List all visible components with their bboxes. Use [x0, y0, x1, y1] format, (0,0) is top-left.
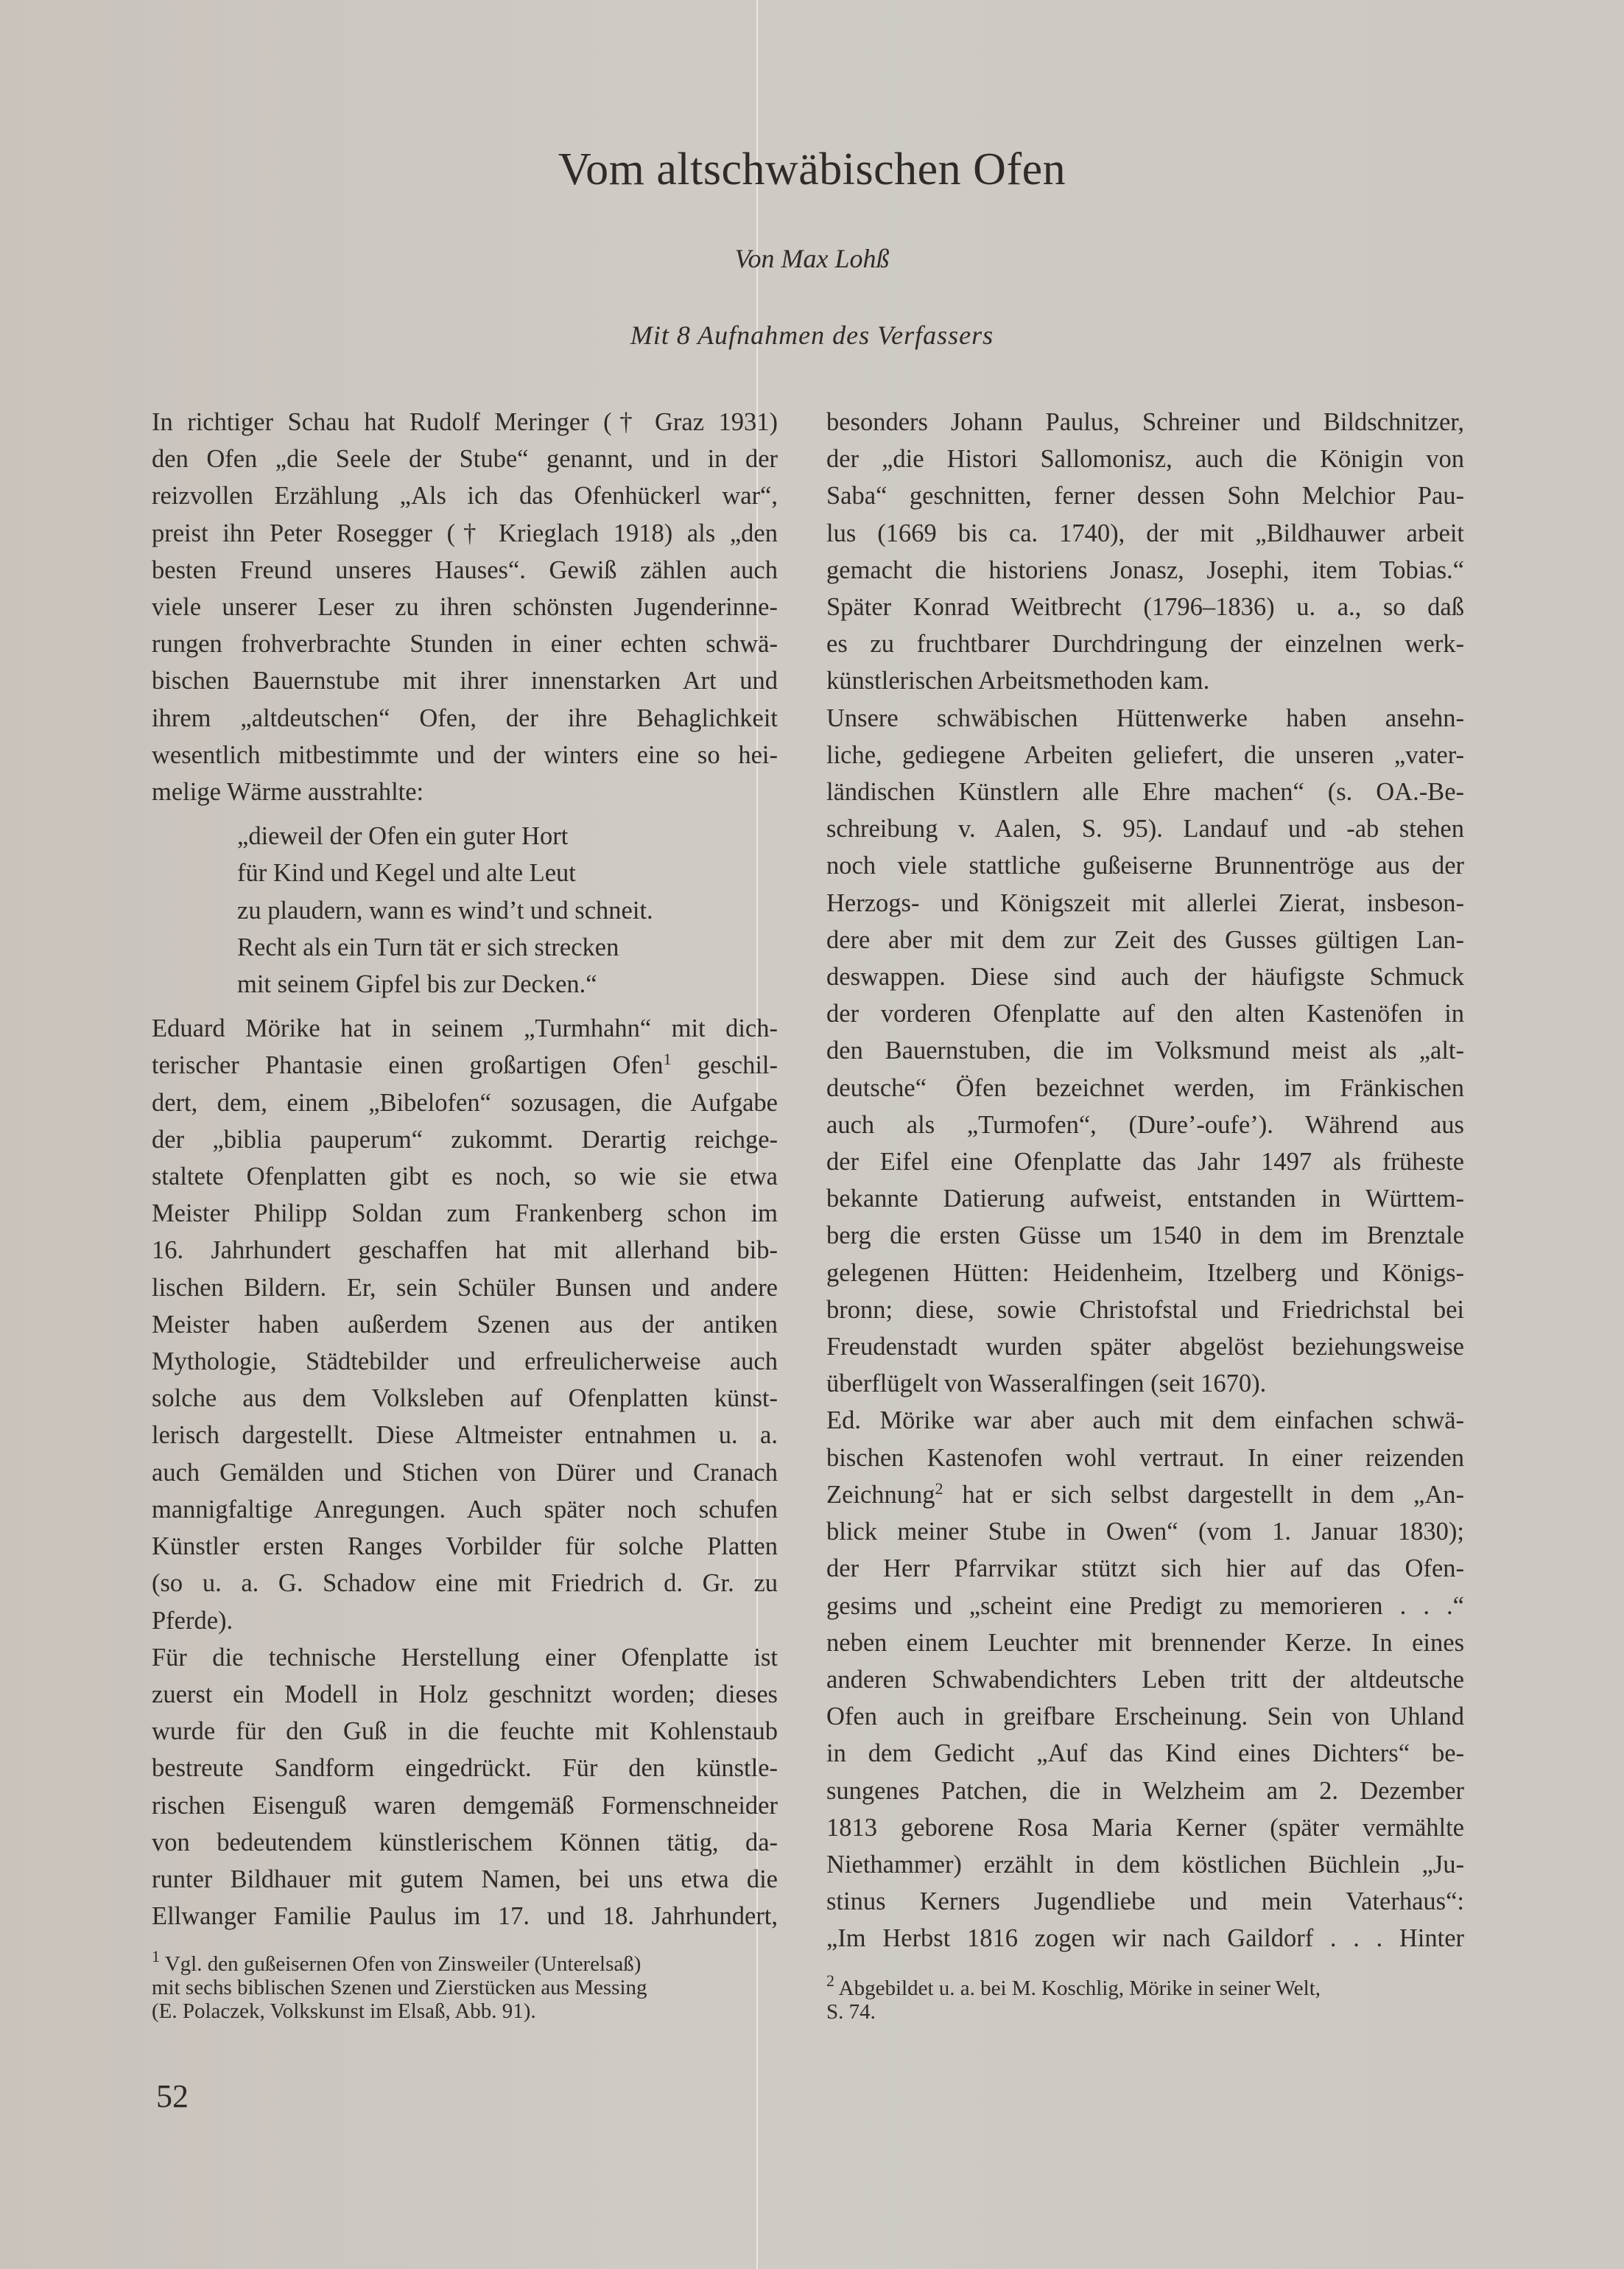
- text-line: besten Freund unseres Hauses“. Gewiß zäh…: [152, 552, 778, 589]
- text-line: Später Konrad Weitbrecht (1796–1836) u. …: [826, 589, 1464, 625]
- text-line: viele unserer Leser zu ihren schönsten J…: [152, 589, 778, 625]
- text-line: dert, dem, einem „Bibelofen“ sozusagen, …: [152, 1084, 778, 1121]
- verse-line: Recht als ein Turn tät er sich strecken: [152, 929, 778, 966]
- text-line: 16. Jahrhundert geschaffen hat mit aller…: [152, 1232, 778, 1269]
- text-line: lerisch dargestellt. Diese Altmeister en…: [152, 1417, 778, 1453]
- text-line: stinus Kerners Jugendliebe und mein Vate…: [826, 1883, 1464, 1920]
- verse-line: „dieweil der Ofen ein guter Hort: [152, 818, 778, 855]
- text-line: bischen Kastenofen wohl vertraut. In ein…: [826, 1439, 1464, 1476]
- footnote-1: 1 Vgl. den gußeisernen Ofen von Zinsweil…: [152, 1952, 778, 2023]
- text-segment: Vgl. den gußeisernen Ofen von Zinsweiler…: [165, 1952, 641, 1976]
- text-line: der Herr Pfarrvikar stützt sich hier auf…: [826, 1550, 1464, 1587]
- text-line: gelegenen Hütten: Heidenheim, Itzelberg …: [826, 1255, 1464, 1291]
- text-line: Ofen auch in greifbare Erscheinung. Sein…: [826, 1698, 1464, 1735]
- footnote-marker: 1: [152, 1947, 160, 1965]
- text-line: (so u. a. G. Schadow eine mit Friedrich …: [152, 1565, 778, 1602]
- text-line: zuerst ein Modell in Holz geschnitzt wor…: [152, 1676, 778, 1713]
- text-line: Freudenstadt wurden später abgelöst bezi…: [826, 1328, 1464, 1365]
- text-line: Niethammer) erzählt in dem köstlichen Bü…: [826, 1846, 1464, 1883]
- text-line: Künstler ersten Ranges Vorbilder für sol…: [152, 1528, 778, 1565]
- text-line: In richtiger Schau hat Rudolf Meringer (…: [152, 404, 778, 441]
- text-line: berg die ersten Güsse um 1540 in dem im …: [826, 1217, 1464, 1254]
- text-segment: Zeichnung: [826, 1481, 935, 1509]
- text-line: Ed. Mörike war aber auch mit dem einfach…: [826, 1402, 1464, 1439]
- footnote-2: 2 Abgebildet u. a. bei M. Koschlig, Möri…: [826, 1977, 1464, 2024]
- text-line: Unsere schwäbischen Hüttenwerke haben an…: [826, 700, 1464, 737]
- footnote-line: 1 Vgl. den gußeisernen Ofen von Zinsweil…: [152, 1952, 778, 1976]
- article-title: Vom altschwäbischen Ofen: [0, 144, 1624, 196]
- text-line: auch Gemälden und Stichen von Dürer und …: [152, 1454, 778, 1491]
- footnote-marker: 2: [826, 1971, 834, 1990]
- text-line: ihrem „altdeutschen“ Ofen, der ihre Beha…: [152, 700, 778, 737]
- text-line: blick meiner Stube in Owen“ (vom 1. Janu…: [826, 1513, 1464, 1550]
- text-line: Eduard Mörike hat in seinem „Turmhahn“ m…: [152, 1010, 778, 1047]
- text-line: überflügelt von Wasseralfingen (seit 167…: [826, 1365, 1464, 1402]
- text-line: runter Bildhauer mit gutem Namen, bei un…: [152, 1861, 778, 1898]
- verse-line: für Kind und Kegel und alte Leut: [152, 855, 778, 891]
- text-line: wesentlich mitbestimmte und der winters …: [152, 737, 778, 774]
- text-line: „Im Herbst 1816 zogen wir nach Gaildorf …: [826, 1920, 1464, 1957]
- text-line: Zeichnung2 hat er sich selbst dargestell…: [826, 1476, 1464, 1513]
- text-line: bronn; diese, sowie Christofstal und Fri…: [826, 1291, 1464, 1328]
- text-line: dere aber mit dem zur Zeit des Gusses gü…: [826, 922, 1464, 958]
- text-line: anderen Schwabendichters Leben tritt der…: [826, 1661, 1464, 1698]
- text-line: lischen Bildern. Er, sein Schüler Bunsen…: [152, 1269, 778, 1306]
- paragraph: besonders Johann Paulus, Schreiner und B…: [826, 404, 1464, 700]
- text-line: auch als „Turmofen“, (Dure’-oufe’). Währ…: [826, 1107, 1464, 1143]
- text-line: Herzogs- und Königszeit mit allerlei Zie…: [826, 885, 1464, 922]
- text-line: solche aus dem Volksleben auf Ofenplatte…: [152, 1380, 778, 1417]
- text-line: Meister Philipp Soldan zum Frankenberg s…: [152, 1195, 778, 1232]
- text-line: wurde für den Guß in die feuchte mit Koh…: [152, 1713, 778, 1750]
- text-line: Meister haben außerdem Szenen aus der an…: [152, 1306, 778, 1343]
- left-column: In richtiger Schau hat Rudolf Meringer (…: [152, 404, 778, 1935]
- text-line: bischen Bauernstube mit ihrer innenstark…: [152, 662, 778, 699]
- text-segment: geschil-: [697, 1051, 778, 1079]
- text-line: liche, gediegene Arbeiten geliefert, die…: [826, 737, 1464, 774]
- verse-line: zu plaudern, wann es wind’t und schneit.: [152, 892, 778, 929]
- text-line: Ellwanger Familie Paulus im 17. und 18. …: [152, 1898, 778, 1935]
- footnote-line: 2 Abgebildet u. a. bei M. Koschlig, Möri…: [826, 1977, 1464, 2000]
- text-line: ländischen Künstlern alle Ehre machen“ (…: [826, 774, 1464, 810]
- photo-credit: Mit 8 Aufnahmen des Verfassers: [0, 320, 1624, 351]
- text-line: den Bauernstuben, die im Volksmund meist…: [826, 1032, 1464, 1069]
- footnote-line: (E. Polaczek, Volkskunst im Elsaß, Abb. …: [152, 1999, 778, 2023]
- text-line: der vorderen Ofenplatte auf den alten Ka…: [826, 995, 1464, 1032]
- text-line: melige Wärme ausstrahlte:: [152, 774, 778, 810]
- paragraph: Eduard Mörike hat in seinem „Turmhahn“ m…: [152, 1010, 778, 1638]
- text-line: besonders Johann Paulus, Schreiner und B…: [826, 404, 1464, 441]
- text-line: gemacht die historiens Jonasz, Josephi, …: [826, 552, 1464, 589]
- text-line: der „biblia pauperum“ zukommt. Derartig …: [152, 1121, 778, 1158]
- footnote-line: mit sechs biblischen Szenen und Zierstüc…: [152, 1976, 778, 1999]
- footnote-line: S. 74.: [826, 2000, 1464, 2024]
- text-line: von bedeutendem künstlerischem Können tä…: [152, 1824, 778, 1861]
- text-line: rungen frohverbrachte Stunden in einer e…: [152, 625, 778, 662]
- text-line: preist ihn Peter Rosegger († Krieglach 1…: [152, 515, 778, 552]
- text-line: noch viele stattliche gußeiserne Brunnen…: [826, 847, 1464, 884]
- text-line: sungenes Patchen, die in Welzheim am 2. …: [826, 1772, 1464, 1809]
- text-line: bestreute Sandform eingedrückt. Für den …: [152, 1750, 778, 1786]
- paragraph: Für die technische Herstellung einer Ofe…: [152, 1639, 778, 1935]
- text-segment: terischer Phantasie einen großartigen Of…: [152, 1051, 664, 1079]
- paragraph: Unsere schwäbischen Hüttenwerke haben an…: [826, 700, 1464, 1403]
- text-line: Saba“ geschnitten, ferner dessen Sohn Me…: [826, 477, 1464, 514]
- text-line: reizvollen Erzählung „Als ich das Ofenhü…: [152, 477, 778, 514]
- author-byline: Von Max Lohß: [0, 243, 1624, 274]
- text-line: bekannte Datierung aufweist, entstanden …: [826, 1180, 1464, 1217]
- text-line: den Ofen „die Seele der Stube“ genannt, …: [152, 441, 778, 477]
- right-column: besonders Johann Paulus, Schreiner und B…: [826, 404, 1464, 1957]
- verse-line: mit seinem Gipfel bis zur Decken.“: [152, 966, 778, 1003]
- text-line: mannigfaltige Anregungen. Auch später no…: [152, 1491, 778, 1528]
- footnote-ref-2[interactable]: 2: [935, 1479, 943, 1498]
- paragraph: Ed. Mörike war aber auch mit dem einfach…: [826, 1402, 1464, 1957]
- paragraph: In richtiger Schau hat Rudolf Meringer (…: [152, 404, 778, 810]
- text-line: Pferde).: [152, 1602, 778, 1639]
- text-line: gesims und „scheint eine Predigt zu memo…: [826, 1588, 1464, 1624]
- text-line: der Eifel eine Ofenplatte das Jahr 1497 …: [826, 1143, 1464, 1180]
- text-line: schreibung v. Aalen, S. 95). Landauf und…: [826, 810, 1464, 847]
- text-line: staltete Ofenplatten gibt es noch, so wi…: [152, 1158, 778, 1195]
- verse-quote: „dieweil der Ofen ein guter Hort für Kin…: [152, 818, 778, 1003]
- page-number: 52: [156, 2077, 189, 2115]
- page: Vom altschwäbischen Ofen Von Max Lohß Mi…: [0, 0, 1624, 2269]
- text-line: Mythologie, Städtebilder und erfreuliche…: [152, 1343, 778, 1380]
- text-segment: Abgebildet u. a. bei M. Koschlig, Mörike…: [839, 1977, 1321, 2000]
- text-line: neben einem Leuchter mit brennender Kerz…: [826, 1624, 1464, 1661]
- footnote-ref-1[interactable]: 1: [664, 1050, 672, 1068]
- text-line: in dem Gedicht „Auf das Kind eines Dicht…: [826, 1735, 1464, 1772]
- text-line: deutsche“ Öfen bezeichnet werden, im Frä…: [826, 1070, 1464, 1107]
- text-segment: hat er sich selbst dargestellt in dem „A…: [962, 1481, 1464, 1509]
- text-line: rischen Eisenguß waren demgemäß Formensc…: [152, 1787, 778, 1824]
- text-line: lus (1669 bis ca. 1740), der mit „Bildha…: [826, 515, 1464, 552]
- text-line: der „die Histori Sallomonisz, auch die K…: [826, 441, 1464, 477]
- text-line: deswappen. Diese sind auch der häufigste…: [826, 958, 1464, 995]
- text-line: künstlerischen Arbeitsmethoden kam.: [826, 662, 1464, 699]
- text-line: terischer Phantasie einen großartigen Of…: [152, 1047, 778, 1084]
- text-line: es zu fruchtbarer Durchdringung der einz…: [826, 625, 1464, 662]
- text-line: Für die technische Herstellung einer Ofe…: [152, 1639, 778, 1676]
- text-line: 1813 geborene Rosa Maria Kerner (später …: [826, 1809, 1464, 1846]
